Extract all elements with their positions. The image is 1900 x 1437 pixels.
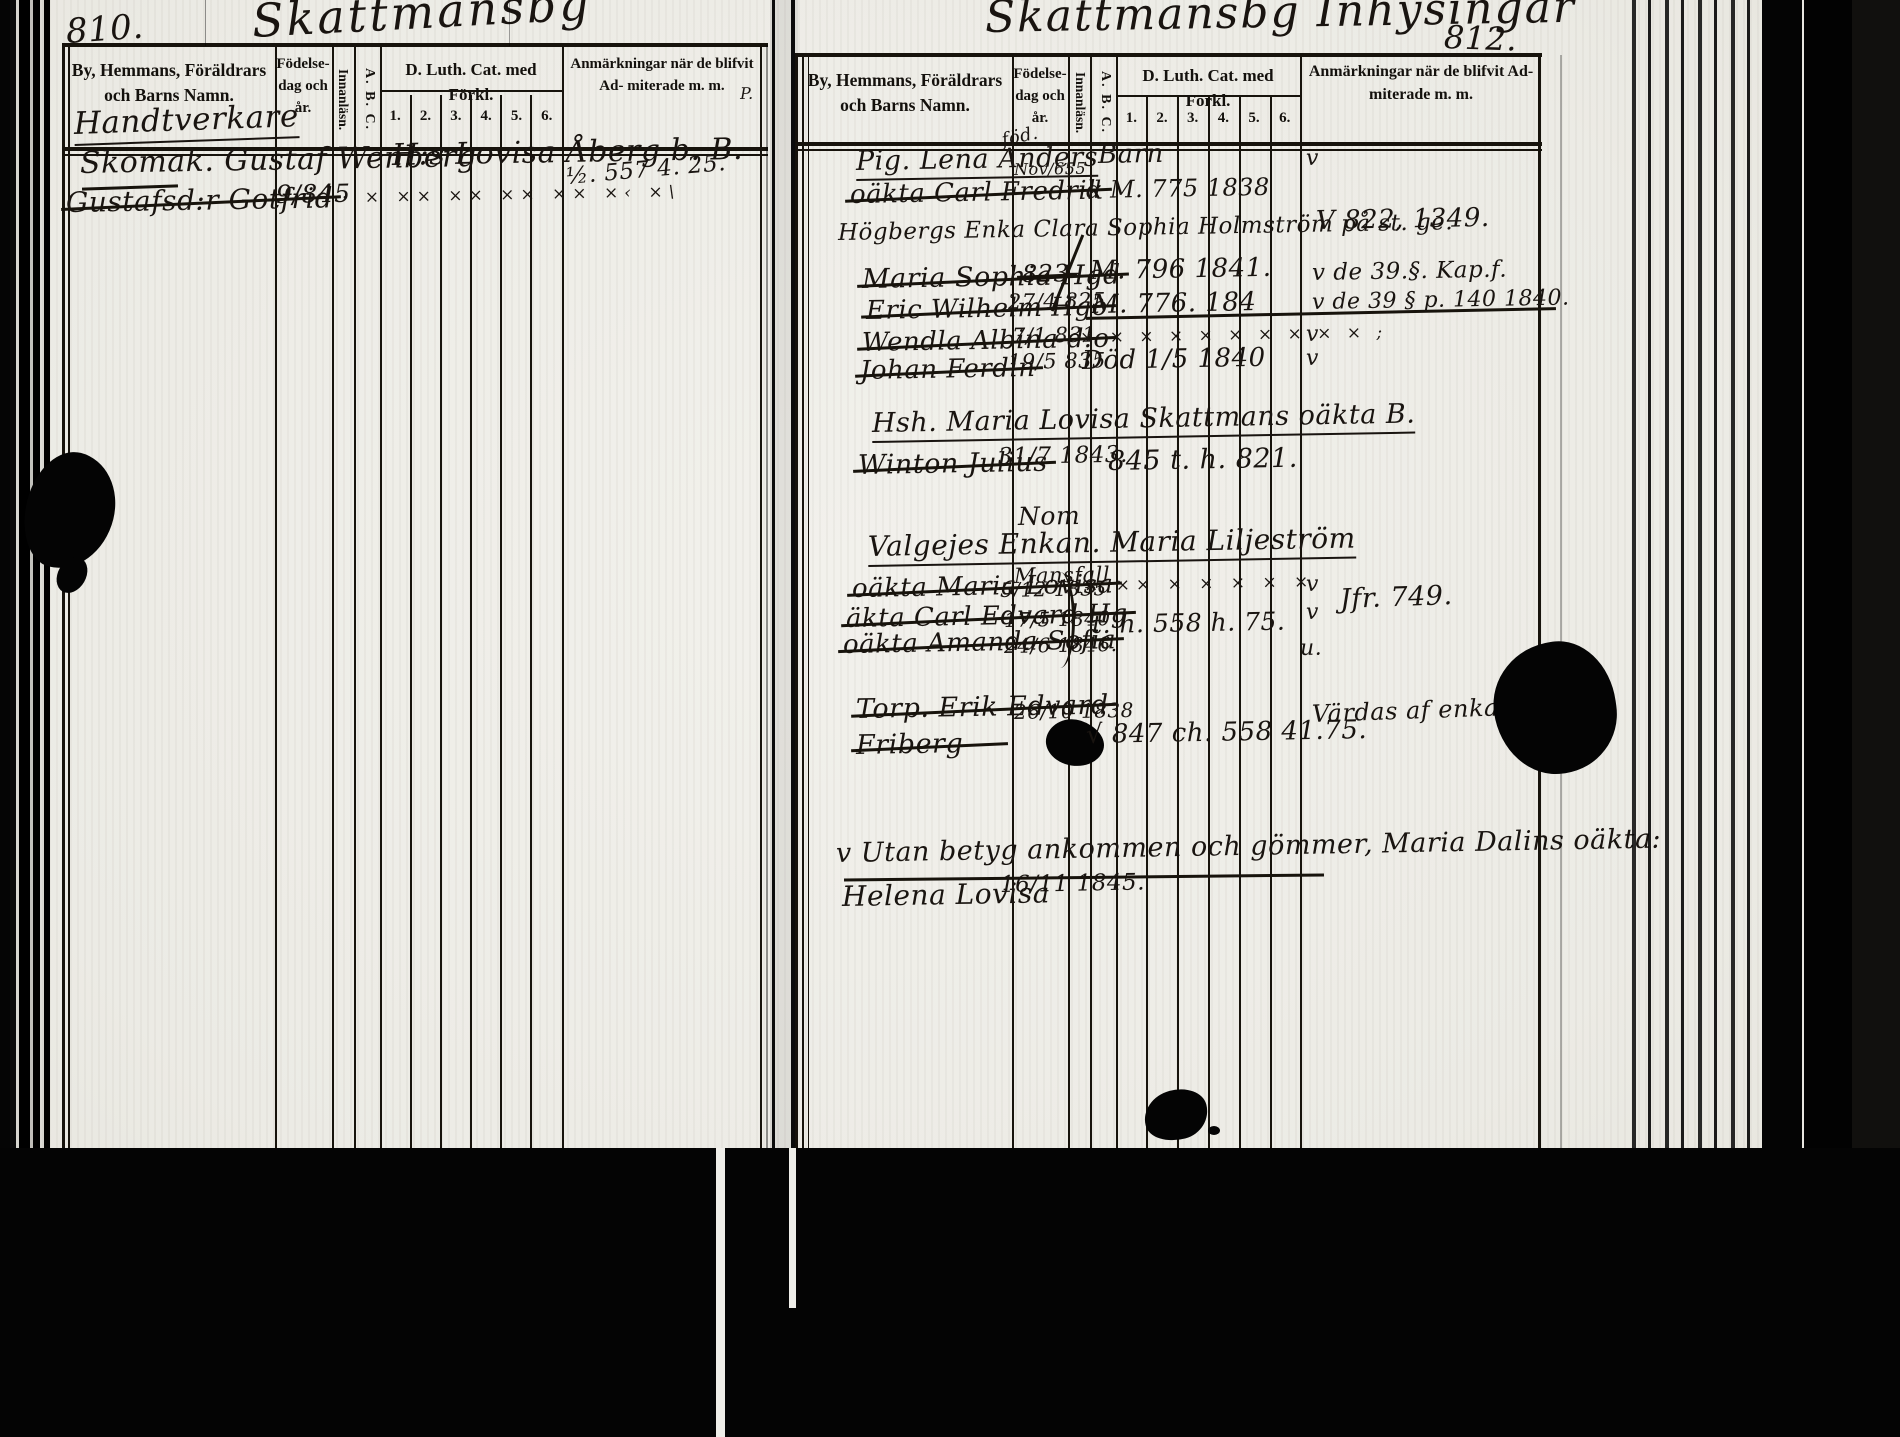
entry-name: Hsh. Maria Lovisa Skattmans oäkta B. [872,399,1416,443]
right-header-name-column: By, Hemmans, Föräldrars och Barns Namn. [800,68,1010,119]
right-header-catechism-numbers: 1.2.3.4.5.6. [1116,108,1300,130]
right-header-reading-column: Innanläsn. [1068,60,1090,146]
left-page-title: Skattmansbg [251,0,593,48]
scan-streak [1560,55,1562,1148]
right-cat-col-3: 3. [1177,108,1208,130]
left-cat-col-1: 1. [380,106,410,128]
entry-remark: v [1306,600,1319,625]
entry-cat-note: Död 1/5 1840 [1082,343,1266,376]
entry-note: Jfr. 749. [1339,580,1453,615]
entry-marks: · × ×× ×× ×× ×× ×‹ ×\ [342,182,681,208]
entry-remark: u. [1300,636,1323,661]
left-cat-col-2: 2. [410,106,440,128]
entry-name: v Utan betyg ankommen och gömmer, Maria … [836,824,1662,869]
entry-cat-note: d M. 775 1838 [1086,173,1270,204]
bottom-band-slit [716,1148,725,1437]
right-header-abc-column: A. B. C. [1091,60,1115,146]
entry-note: Barn [1098,139,1164,170]
entry-remark: V 822, 1349. [1316,203,1490,236]
right-cat-col-2: 2. [1147,108,1178,130]
ink-blot-dot [1208,1126,1220,1135]
entry-remark: v [1306,146,1319,171]
left-header-top-rule [62,43,768,47]
left-cat-col-6: 6. [532,106,562,128]
right-header-top-rule [795,53,1542,57]
left-header-abc-column: A. B. C. [355,52,379,148]
right-cat-col-6: 6. [1269,108,1300,130]
left-corner-mark: P. [740,84,754,103]
entry-remark: v de 39 § p. 140 1840. [1312,286,1570,315]
left-header-remarks-column: Anmärkningar när de blifvit Ad- miterade… [564,54,760,98]
right-header-remarks-column: Anmärkningar när de blifvit Ad- miterade… [1302,60,1540,106]
left-header-catechism-numbers: 1.2.3.4.5.6. [380,106,562,128]
left-cat-col-4: 4. [471,106,501,128]
entry-name: oäkta Carl Fredrik [850,176,1104,210]
right-cat-col-4: 4. [1208,108,1239,130]
entry-cat-note: M. 796 1841. [1090,253,1272,286]
entry-marks: × ×× × × × × × [1084,572,1315,596]
entry-birth: 16/11 1845. [1000,869,1145,898]
bottom-band-slit [789,1148,796,1308]
left-cat-col-5: 5. [501,106,531,128]
entry-remark: v de 39.§. Kap.f. [1312,257,1508,286]
register-scan-spread: By, Hemmans, Föräldrars och Barns Namn. … [0,0,1900,1437]
left-page-number: 810. [65,7,145,52]
right-cat-col-5: 5. [1239,108,1270,130]
entry-remark: v [1306,572,1319,597]
scan-streak [766,45,768,1148]
entry-cat-note: t. h. 558 h. 75. [1092,607,1286,639]
left-header-reading-column: Innanläsn. [331,52,353,148]
left-cat-col-3: 3. [441,106,471,128]
gutter-line-right [791,0,795,1148]
entry-name: Valgejes Enkan. Maria Liljeström [868,521,1356,567]
scan-streak [509,0,510,46]
entry-name-line2: Friberg — [856,727,1000,761]
bottom-scan-band [0,1148,1900,1437]
right-cat-col-1: 1. [1116,108,1147,130]
entry-remark: v [1306,322,1319,347]
right-edge-blob [1485,634,1624,782]
scan-streak [205,0,206,46]
left-header-catechism-column: D. Luth. Cat. med Förkl. [382,58,560,107]
entry-birth: 9/845 [276,179,351,209]
entry-remark: v [1306,346,1319,371]
entry-birth: Nov/655 [1014,159,1086,179]
entry-cat-note: 845 t. h. 821. [1108,443,1298,477]
left-section-heading: Handtverkare [73,98,299,146]
right-header-catechism-column: D. Luth. Cat. med Förkl. [1118,64,1298,113]
ink-blot [1139,1083,1214,1148]
right-header-birth-column: Födelse- dag och år. [1012,64,1068,129]
gutter-line-left [772,0,775,1148]
